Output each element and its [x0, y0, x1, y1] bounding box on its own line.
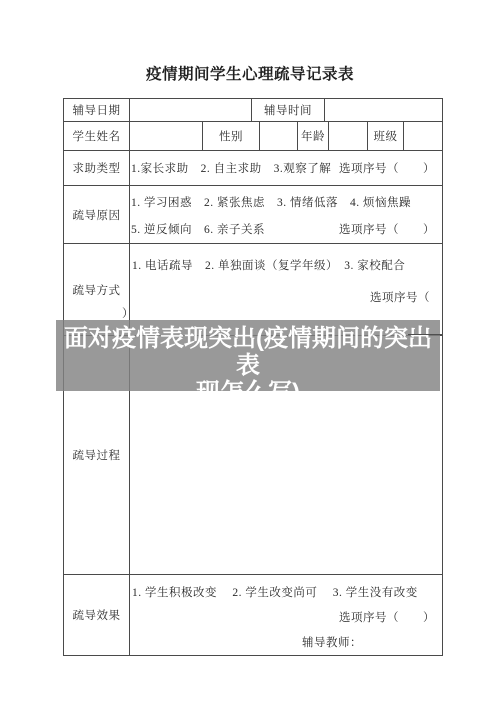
- help-type-options: 1.家长求助 2. 自主求助 3.观察了解: [131, 160, 331, 176]
- teacher-signature-label[interactable]: 辅导教师：: [130, 631, 442, 656]
- method-serial-close: ）: [122, 305, 134, 321]
- reason-options-line2: 5. 逆反倾向 6. 亲子关系: [131, 217, 265, 244]
- student-name-field[interactable]: [130, 122, 203, 150]
- row-help-type: 求助类型 1.家长求助 2. 自主求助 3.观察了解 选项序号（ ）: [64, 150, 442, 185]
- page-title: 疫情期间学生心理疏导记录表: [0, 62, 500, 84]
- row-reason: 疏导原因 1. 学习困惑 2. 紧张焦虑 3. 情绪低落 4. 烦恼焦躁 5. …: [64, 185, 442, 243]
- label-counseling-date: 辅导日期: [64, 99, 130, 121]
- reason-serial[interactable]: 选项序号（ ）: [339, 217, 435, 244]
- label-class: 班级: [368, 122, 404, 150]
- counseling-date-field[interactable]: [130, 99, 252, 121]
- counseling-time-field[interactable]: [325, 99, 442, 121]
- table-border-over-banner: [408, 334, 443, 335]
- label-age: 年龄: [298, 122, 329, 150]
- effect-options-cell[interactable]: 1. 学生积极改变 2. 学生改变尚可 3. 学生没有改变 选项序号（ ） 辅导…: [130, 575, 442, 655]
- effect-options: 1. 学生积极改变 2. 学生改变尚可 3. 学生没有改变: [130, 581, 442, 606]
- document-page: 疫情期间学生心理疏导记录表 辅导日期 辅导时间 学生姓名 性别 年龄 班级 求助…: [0, 0, 500, 706]
- help-type-options-cell[interactable]: 1.家长求助 2. 自主求助 3.观察了解 选项序号（ ）: [130, 151, 442, 185]
- watermark-banner: 面对疫情表现突出(疫情期间的突出表 现怎么写): [56, 320, 440, 391]
- row-effect: 疏导效果 1. 学生积极改变 2. 学生改变尚可 3. 学生没有改变 选项序号（…: [64, 574, 442, 655]
- gender-field[interactable]: [260, 122, 298, 150]
- help-type-serial[interactable]: 选项序号（ ）: [339, 160, 435, 176]
- class-field[interactable]: [404, 122, 442, 150]
- method-options: 1. 电话疏导 2. 单独面谈（复学年级） 3. 家校配合: [132, 257, 405, 273]
- watermark-line1: 面对疫情表现突出(疫情期间的突出表: [56, 325, 440, 379]
- row-student-info: 学生姓名 性别 年龄 班级: [64, 121, 442, 150]
- method-serial-open[interactable]: 选项序号（: [370, 289, 430, 305]
- age-field[interactable]: [329, 122, 368, 150]
- label-counseling-time: 辅导时间: [252, 99, 325, 121]
- effect-serial[interactable]: 选项序号（ ）: [130, 606, 442, 631]
- row-date-time: 辅导日期 辅导时间: [64, 99, 442, 121]
- label-help-type: 求助类型: [64, 151, 130, 185]
- label-effect: 疏导效果: [64, 575, 130, 655]
- label-student-name: 学生姓名: [64, 122, 130, 150]
- watermark-line2: 现怎么写): [56, 379, 440, 406]
- reason-options-line1: 1. 学习困惑 2. 紧张焦虑 3. 情绪低落 4. 烦恼焦躁: [130, 190, 442, 217]
- reason-options-cell[interactable]: 1. 学习困惑 2. 紧张焦虑 3. 情绪低落 4. 烦恼焦躁 5. 逆反倾向 …: [130, 186, 442, 243]
- label-gender: 性别: [203, 122, 260, 150]
- label-reason: 疏导原因: [64, 186, 130, 243]
